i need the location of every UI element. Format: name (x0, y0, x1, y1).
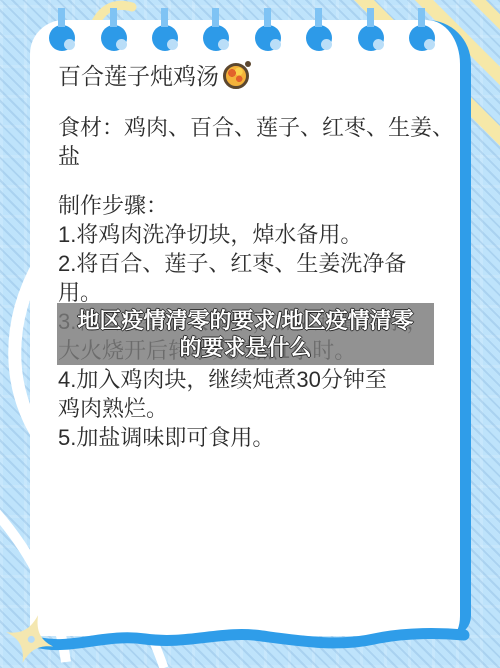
step-line: 鸡肉熟烂。 (58, 394, 448, 423)
pan-of-food-emoji (223, 63, 249, 89)
pin-icon (306, 25, 332, 51)
headline-line: 地区疫情清零的要求/地区疫情清零 (57, 307, 434, 334)
bottom-wave-border (0, 615, 500, 668)
step-line: 1.将鸡肉洗净切块，焯水备用。 (58, 220, 448, 249)
pin-icon (358, 25, 384, 51)
pin-icon (152, 25, 178, 51)
step-line: 制作步骤： (58, 191, 448, 220)
pin-icon (49, 25, 75, 51)
ingredients-list: 食材：鸡肉、百合、莲子、红枣、生姜、盐 (58, 113, 448, 171)
pin-icon (409, 25, 435, 51)
pin-icon (203, 25, 229, 51)
step-line: 5.加盐调味即可食用。 (58, 423, 448, 452)
recipe-title-text: 百合莲子炖鸡汤 (58, 63, 219, 89)
pin-icon (101, 25, 127, 51)
headline-overlay: 地区疫情清零的要求/地区疫情清零的要求是什么 (57, 303, 434, 365)
ingredients-line: 盐 (58, 142, 448, 171)
recipe-poster: 百合莲子炖鸡汤 食材：鸡肉、百合、莲子、红枣、生姜、盐 制作步骤：1.将鸡肉洗净… (0, 0, 500, 668)
headline-line: 的要求是什么 (57, 334, 434, 361)
pin-icon (255, 25, 281, 51)
recipe-title: 百合莲子炖鸡汤 (58, 58, 448, 91)
step-line: 4.加入鸡肉块，继续炖煮30分钟至 (58, 365, 448, 394)
wave-line (36, 634, 464, 645)
step-line: 2.将百合、莲子、红枣、生姜洗净备 (58, 249, 448, 278)
ingredients-line: 食材：鸡肉、百合、莲子、红枣、生姜、 (58, 113, 448, 142)
